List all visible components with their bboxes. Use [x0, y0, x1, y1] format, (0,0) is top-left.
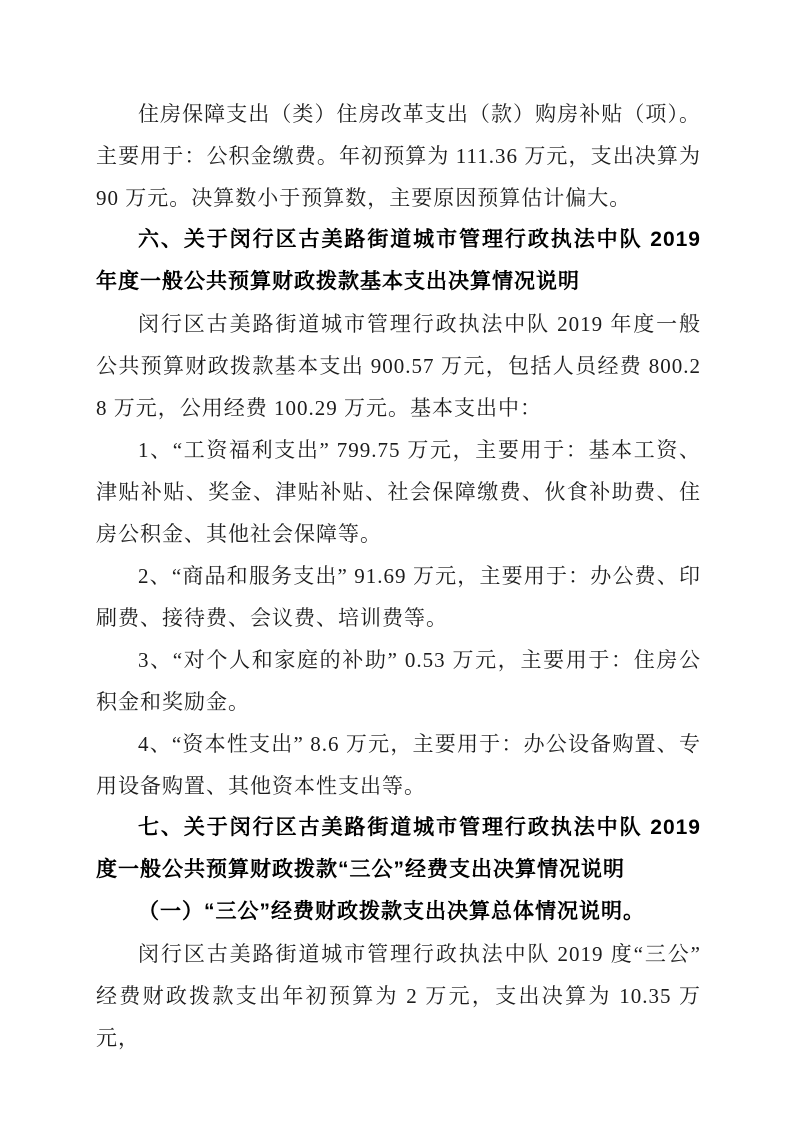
section-heading: 六、关于闵行区古美路街道城市管理行政执法中队 2019 年度一般公共预算财政拨款… [96, 219, 701, 303]
document-body: 住房保障支出（类）住房改革支出（款）购房补贴（项）。主要用于：公积金缴费。年初预… [96, 93, 701, 1059]
paragraph: 住房保障支出（类）住房改革支出（款）购房补贴（项）。主要用于：公积金缴费。年初预… [96, 93, 701, 219]
paragraph: 闵行区古美路街道城市管理行政执法中队 2019 度“三公”经费财政拨款支出年初预… [96, 933, 701, 1059]
paragraph: 3、“对个人和家庭的补助” 0.53 万元，主要用于：住房公积金和奖励金。 [96, 639, 701, 723]
paragraph: 2、“商品和服务支出” 91.69 万元，主要用于：办公费、印刷费、接待费、会议… [96, 555, 701, 639]
section-heading: 七、关于闵行区古美路街道城市管理行政执法中队 2019 度一般公共预算财政拨款“… [96, 807, 701, 891]
document-page: 住房保障支出（类）住房改革支出（款）购房补贴（项）。主要用于：公积金缴费。年初预… [0, 0, 793, 1122]
paragraph: 4、“资本性支出” 8.6 万元，主要用于：办公设备购置、专用设备购置、其他资本… [96, 723, 701, 807]
paragraph: 闵行区古美路街道城市管理行政执法中队 2019 年度一般公共预算财政拨款基本支出… [96, 303, 701, 429]
paragraph: 1、“工资福利支出” 799.75 万元，主要用于：基本工资、津贴补贴、奖金、津… [96, 429, 701, 555]
section-heading: （一）“三公”经费财政拨款支出决算总体情况说明。 [96, 891, 701, 933]
